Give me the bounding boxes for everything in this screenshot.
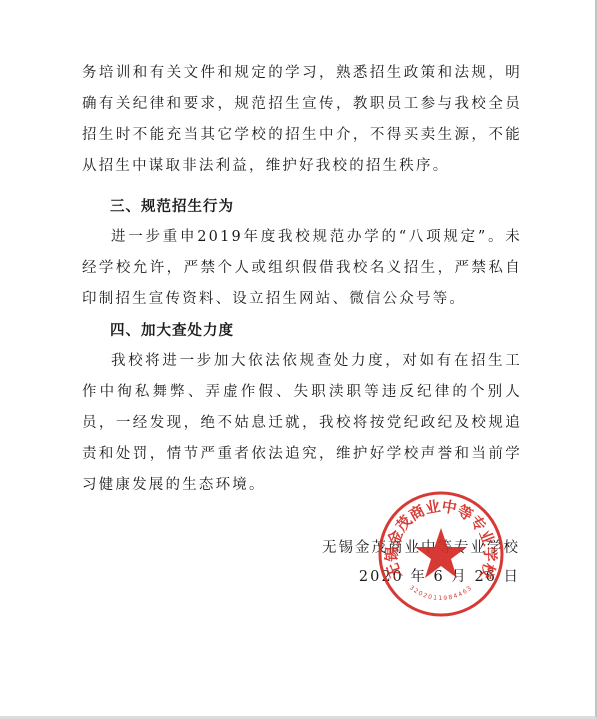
- signature-date: 2020 年 6 月 26 日: [359, 567, 520, 587]
- section-3-body: 进一步重申2019年度我校规范办学的“八项规定”。未经学校允许，严禁个人或组织假…: [82, 222, 522, 315]
- section-4-heading: 四、加大查处力度: [110, 315, 234, 346]
- section-4-body: 我校将进一步加大依法依规查处力度，对如有在招生工作中徇私舞弊、弄虚作假、失职渎职…: [82, 346, 522, 501]
- document-page: 务培训和有关文件和规定的学习，熟悉招生政策和法规，明确有关纪律和要求，规范招生宣…: [0, 0, 597, 719]
- signature-organization: 无锡金茂商业中等专业学校: [322, 538, 520, 558]
- paragraph-continuation: 务培训和有关文件和规定的学习，熟悉招生政策和法规，明确有关纪律和要求，规范招生宣…: [82, 58, 522, 182]
- section-3-heading: 三、规范招生行为: [110, 191, 234, 222]
